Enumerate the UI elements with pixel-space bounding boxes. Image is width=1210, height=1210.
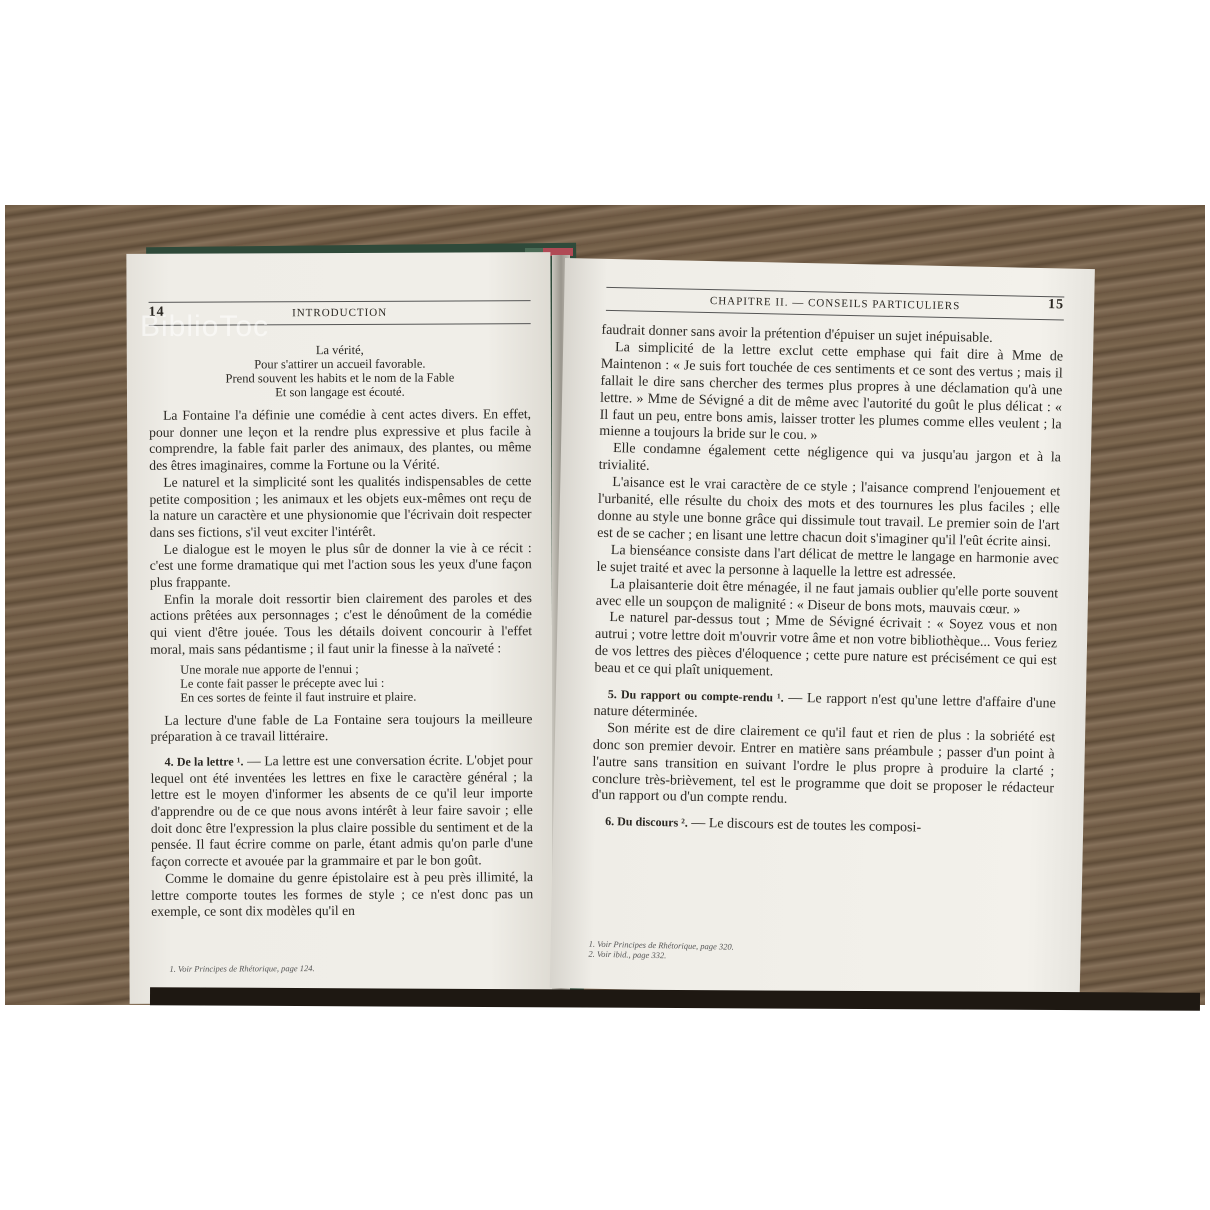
section-lettre: 4. De la lettre ¹. — La lettre est une c… <box>151 752 534 871</box>
verse-line: Le conte fait passer le précepte avec lu… <box>180 675 532 691</box>
verse-line: En ces sortes de feinte il faut instruir… <box>180 689 532 705</box>
section-text: — Le discours est de toutes les composi- <box>691 816 921 836</box>
paragraph: Le naturel et la simplicité sont les qua… <box>149 473 531 541</box>
paragraph: Le dialogue est le moyen le plus sûr de … <box>150 540 532 592</box>
section-heading: 5. Du rapport ou compte-rendu ¹. <box>608 687 784 705</box>
verse-quote: La vérité, Pour s'attirer un accueil fav… <box>149 342 531 400</box>
verse-line: Une morale nue apporte de l'ennui ; <box>180 661 532 677</box>
paragraph: Comme le domaine du genre épistolaire es… <box>151 869 533 921</box>
running-head: CHAPITRE II. — CONSEILS PARTICULIERS 15 <box>606 287 1064 321</box>
running-head-title: INTRODUCTION <box>292 307 387 319</box>
verse-line: Et son langage est écouté. <box>149 384 531 400</box>
right-page: CHAPITRE II. — CONSEILS PARTICULIERS 15 … <box>550 258 1095 999</box>
section-text: — La lettre est une conversation écrite.… <box>151 752 533 869</box>
left-page: 14 INTRODUCTION La vérité, Pour s'attire… <box>126 252 553 1004</box>
section-discours: 6. Du discours ². — Le discours est de t… <box>591 813 1053 841</box>
verse-moral: Une morale nue apporte de l'ennui ; Le c… <box>150 661 532 705</box>
footnotes: 1. Voir Principes de Rhétorique, page 32… <box>588 939 734 962</box>
paragraph: Enfin la morale doit ressortir bien clai… <box>150 590 532 658</box>
paragraph: Le naturel par-dessus tout ; Mme de Sévi… <box>594 610 1057 687</box>
watermark: BiblioToc <box>140 310 269 344</box>
page-number: 15 <box>1048 297 1064 313</box>
right-body: faudrait donner sans avoir la prétention… <box>591 323 1064 841</box>
left-body: La vérité, Pour s'attirer un accueil fav… <box>149 342 534 921</box>
footnote: 1. Voir Principes de Rhétorique, page 12… <box>169 963 314 974</box>
paragraph: La Fontaine l'a définie une comédie à ce… <box>149 406 531 474</box>
section-heading: 6. Du discours ². <box>605 814 688 830</box>
paragraph: L'aisance est le vrai caractère de ce st… <box>597 475 1060 552</box>
paragraph: La lecture d'une fable de La Fontaine se… <box>150 711 532 746</box>
section-heading: 4. De la lettre ¹. <box>165 754 244 768</box>
running-head-title: CHAPITRE II. — CONSEILS PARTICULIERS <box>710 295 961 312</box>
paragraph: La simplicité de la lettre exclut cette … <box>599 340 1063 451</box>
paragraph: Son mérite est de dire clairement ce qu'… <box>592 721 1056 815</box>
